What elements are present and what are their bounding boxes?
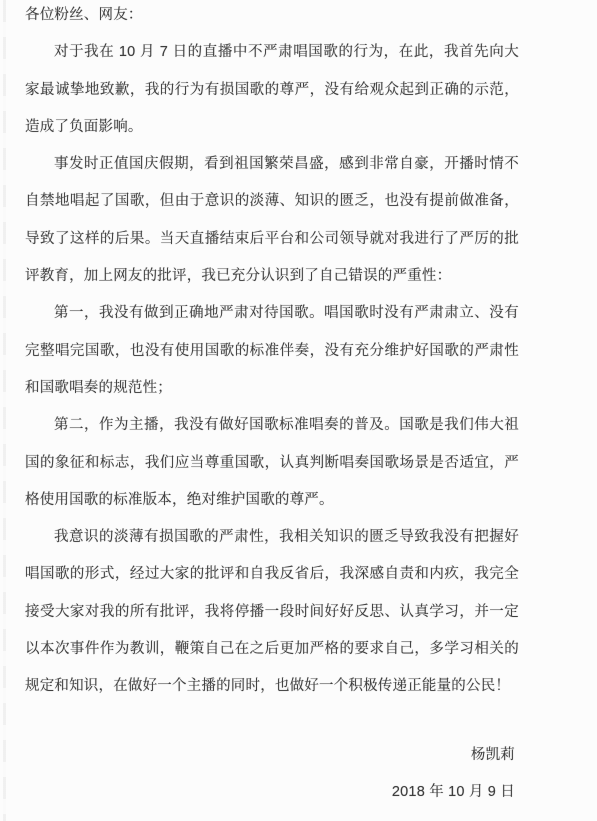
letter-paragraph-apology: 对于我在 10 月 7 日的直播中不严肃唱国歌的行为，在此，我首先向大家最诚挚地… bbox=[25, 34, 519, 146]
letter-body: 各位粉丝、网友： 对于我在 10 月 7 日的直播中不严肃唱国歌的行为，在此，我… bbox=[25, 0, 519, 811]
letter-page: 各位粉丝、网友： 对于我在 10 月 7 日的直播中不严肃唱国歌的行为，在此，我… bbox=[0, 0, 597, 821]
signature-name: 杨凯莉 bbox=[25, 737, 515, 774]
letter-paragraph-incident: 事发时正值国庆假期，看到祖国繁荣昌盛，感到非常自豪，开播时情不自禁地唱起了国歌，… bbox=[25, 146, 519, 295]
scan-artifact-line bbox=[3, 0, 6, 821]
signature-block: 杨凯莉 2018 年 10 月 9 日 bbox=[25, 737, 519, 812]
letter-paragraph-first-point: 第一，我没有做到正确地严肃对待国歌。唱国歌时没有严肃肃立、没有完整唱完国歌，也没… bbox=[25, 295, 519, 407]
signature-date: 2018 年 10 月 9 日 bbox=[25, 774, 515, 811]
letter-paragraph-second-point: 第二，作为主播，我没有做好国歌标准唱奏的普及。国歌是我们伟大祖国的象征和标志，我… bbox=[25, 407, 519, 519]
letter-greeting: 各位粉丝、网友： bbox=[25, 0, 519, 34]
letter-paragraph-conclusion: 我意识的淡薄有损国歌的严肃性，我相关知识的匮乏导致我没有把握好唱国歌的形式，经过… bbox=[25, 519, 519, 705]
